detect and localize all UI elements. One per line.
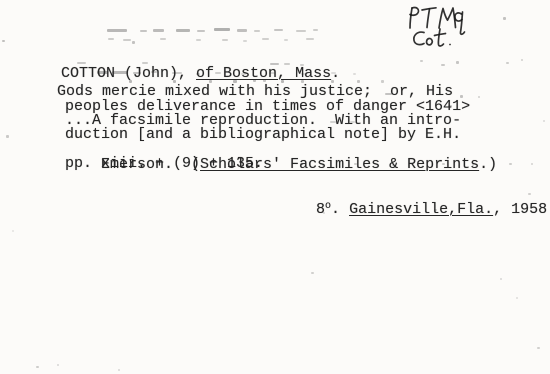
imprint-place: Gainesville,Fla. — [349, 201, 493, 218]
smudge-speck — [353, 73, 356, 75]
smudge-speck — [243, 40, 247, 42]
smudge-speck — [500, 278, 502, 280]
handwritten-shelfmark: PTMq Cot — [398, 2, 470, 52]
smudge-speck — [140, 30, 147, 32]
smudge-speck — [262, 38, 269, 40]
smudge-speck — [132, 41, 135, 44]
body-line-5-post: .) — [479, 156, 497, 173]
format-size: 8 — [316, 201, 325, 218]
smudge-speck — [306, 38, 314, 40]
smudge-speck — [36, 366, 39, 368]
smudge-speck — [531, 163, 533, 165]
smudge-speck — [313, 29, 318, 31]
smudge-speck — [153, 29, 164, 32]
smudge-speck — [543, 120, 545, 122]
smudge-speck — [254, 30, 260, 32]
smudge-speck — [118, 369, 120, 371]
smudge-speck — [214, 28, 230, 31]
smudge-speck — [222, 39, 228, 41]
smudge-speck — [506, 62, 509, 64]
smudge-speck — [311, 272, 314, 274]
smudge-speck — [123, 39, 131, 41]
smudge-speck — [516, 297, 518, 299]
smudge-speck — [537, 347, 540, 349]
smudge-speck — [57, 364, 59, 366]
heading-author: COTTON (John), — [61, 65, 196, 82]
heading-place: of Boston, Mass — [196, 65, 331, 82]
imprint-separator: . — [331, 201, 349, 218]
library-catalog-card: PTMq Cot COTTON (John), of Boston, Mass.… — [0, 0, 550, 374]
smudge-speck — [107, 29, 127, 32]
smudge-speck — [108, 38, 114, 40]
smudge-speck — [196, 39, 201, 41]
smudge-speck — [176, 29, 190, 32]
smudge-speck — [420, 60, 423, 62]
smudge-speck — [274, 29, 283, 31]
body-line-4: duction [and a bibliographical note] by … — [65, 128, 461, 143]
imprint-line: 8o. Gainesville,Fla., 1958. — [280, 185, 550, 232]
imprint-year: , 1958. — [493, 201, 550, 218]
smudge-speck — [456, 61, 459, 64]
heading-period: . — [331, 65, 340, 82]
smudge-speck — [237, 29, 247, 32]
smudge-speck — [509, 163, 512, 165]
smudge-speck — [284, 39, 288, 41]
smudge-speck — [296, 30, 306, 32]
smudge-speck — [197, 30, 205, 32]
smudge-speck — [6, 135, 9, 138]
smudge-speck — [12, 230, 14, 232]
smudge-speck — [521, 59, 523, 61]
smudge-speck — [478, 96, 480, 98]
smudge-speck — [2, 40, 5, 42]
smudge-speck — [160, 38, 166, 40]
smudge-speck — [503, 17, 506, 20]
body-line-6-pagination: pp. xiii. + (9) + 135. — [65, 157, 263, 172]
smudge-speck — [441, 64, 445, 66]
